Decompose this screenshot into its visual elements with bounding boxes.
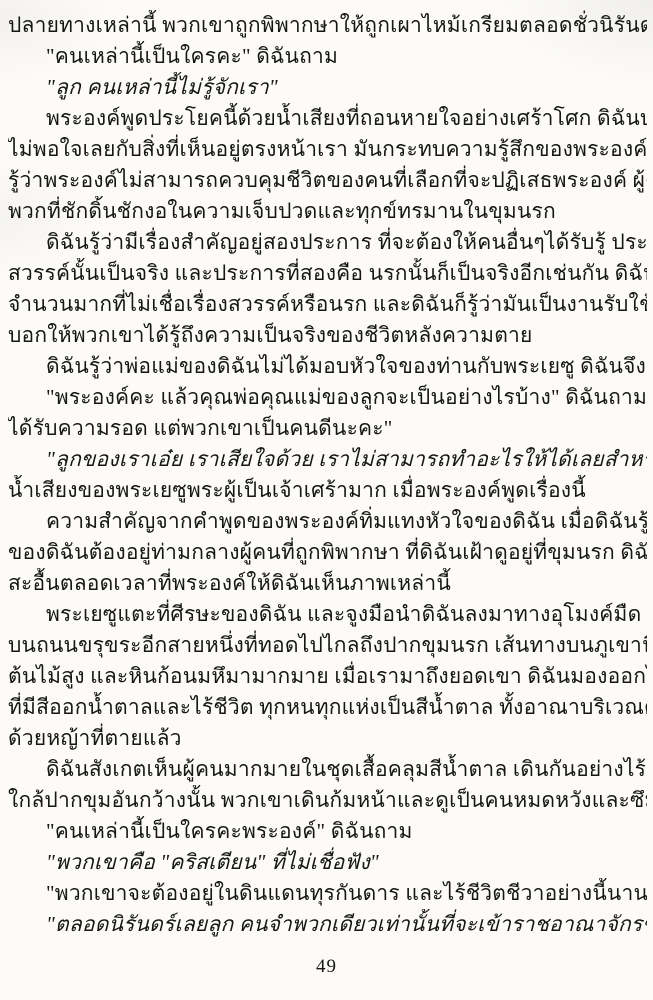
text-line: "คนเหล่านี้เป็นใครคะ" ดิฉันถาม xyxy=(8,41,647,72)
text-line: ได้รับความรอด แต่พวกเขาเป็นคนดีนะคะ" xyxy=(8,413,647,444)
text-line: ใกล้ปากขุมอันกว้างนั้น พวกเขาเดินก้มหน้า… xyxy=(8,785,647,816)
text-line: "พระองค์คะ แล้วคุณพ่อคุณแม่ของลูกจะเป็นอ… xyxy=(8,382,647,413)
text-line: ไม่พอใจเลยกับสิ่งที่เห็นอยู่ตรงหน้าเรา ม… xyxy=(8,134,647,165)
text-line: "ลูก คนเหล่านี้ไม่รู้จักเรา" xyxy=(8,72,647,103)
text-line: ดิฉันรู้ว่าพ่อแม่ของดิฉันไม่ได้มอบหัวใจข… xyxy=(8,351,647,382)
text-line: ต้นไม้สูง และหินก้อนมหึมามากมาย เมื่อเรา… xyxy=(8,661,647,692)
text-line: สะอื้นตลอดเวลาที่พระองค์ให้ดิฉันเห็นภาพเ… xyxy=(8,568,647,599)
text-line: บอกให้พวกเขาได้รู้ถึงความเป็นจริงของชีวิ… xyxy=(8,320,647,351)
text-line: พวกที่ชักดิ้นชักงอในความเจ็บปวดและทุกข์ท… xyxy=(8,196,647,227)
page-text: ปลายทางเหล่านี้ พวกเขาถูกพิพากษาให้ถูกเผ… xyxy=(8,10,647,940)
text-line: น้ำเสียงของพระเยซูพระผู้เป็นเจ้าเศร้ามาก… xyxy=(8,475,647,506)
text-line: ดิฉันรู้ว่ามีเรื่องสำคัญอยู่สองประการ ที… xyxy=(8,227,647,258)
text-line: บนถนนขรุขระอีกสายหนึ่งที่ทอดไปไกลถึงปากข… xyxy=(8,630,647,661)
text-line: ด้วยหญ้าที่ตายแล้ว xyxy=(8,723,647,754)
text-line: พระองค์พูดประโยคนี้ด้วยน้ำเสียงที่ถอนหาย… xyxy=(8,103,647,134)
text-line: ดิฉันสังเกตเห็นผู้คนมากมายในชุดเสื้อคลุม… xyxy=(8,754,647,785)
text-line: สวรรค์นั้นเป็นจริง และประการที่สองคือ นร… xyxy=(8,258,647,289)
text-line: "คนเหล่านี้เป็นใครคะพระองค์" ดิฉันถาม xyxy=(8,816,647,847)
text-line: "พวกเขาจะต้องอยู่ในดินแดนทุรกันดาร และไร… xyxy=(8,878,647,909)
text-line: "พวกเขาคือ "คริสเตียน" ที่ไม่เชื่อฟัง" xyxy=(8,847,647,878)
text-line: จำนวนมากที่ไม่เชื่อเรื่องสวรรค์หรือนรก แ… xyxy=(8,289,647,320)
text-line: รู้ว่าพระองค์ไม่สามารถควบคุมชีวิตของคนที… xyxy=(8,165,647,196)
text-line: ความสำคัญจากคำพูดของพระองค์ทิ่มแทงหัวใจข… xyxy=(8,506,647,537)
text-line: ที่มีสีออกน้ำตาลและไร้ชีวิต ทุกหนทุกแห่ง… xyxy=(8,692,647,723)
text-line: ปลายทางเหล่านี้ พวกเขาถูกพิพากษาให้ถูกเผ… xyxy=(8,10,647,41)
text-line: "ตลอดนิรันดร์เลยลูก คนจำพวกเดียวเท่านั้น… xyxy=(8,909,647,940)
page-number: 49 xyxy=(0,956,653,978)
text-line: ของดิฉันต้องอยู่ท่ามกลางผู้คนที่ถูกพิพาก… xyxy=(8,537,647,568)
text-line: "ลูกของเราเอ๋ย เราเสียใจด้วย เราไม่สามาร… xyxy=(8,444,647,475)
text-line: พระเยซูแตะที่ศีรษะของดิฉัน และจูงมือนำดิ… xyxy=(8,599,647,630)
book-page: ปลายทางเหล่านี้ พวกเขาถูกพิพากษาให้ถูกเผ… xyxy=(0,0,653,1000)
